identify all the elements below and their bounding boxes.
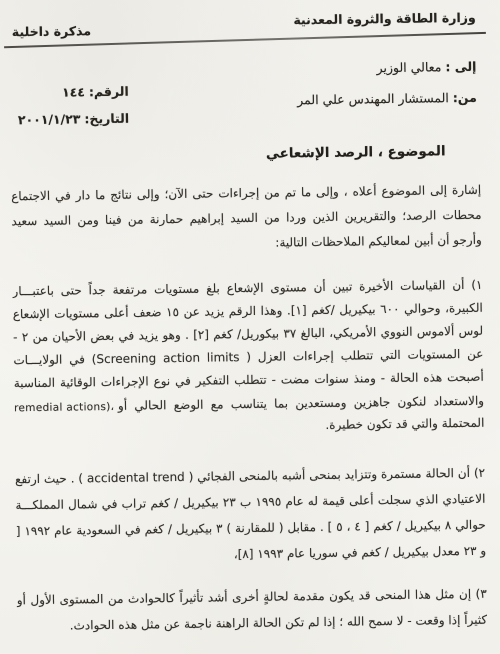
to-label: إلى : [445,59,476,74]
subject-label: الموضوع ، [378,143,446,160]
intro-paragraph: إشارة إلى الموضوع أعلاه ، وإلى ما تم من … [11,178,482,260]
memo-number-line: الرقم: ١٤٤ [62,84,129,100]
memo-date-value: ٢٠٠١/١/٢٣ [18,111,81,127]
memo-number-label: الرقم: [89,84,129,100]
to-value: معالي الوزير [376,59,441,75]
subject-line: الموضوع ، الرصد الإشعاعي [266,143,446,162]
memo-type-label: مذكرة داخلية [12,23,91,39]
memo-page: وزارة الطاقة والثروة المعدنية مذكرة داخل… [0,0,500,654]
memo-number-value: ١٤٤ [62,84,85,99]
subject-value: الرصد الإشعاعي [266,144,373,161]
from-value: المستشار المهندس علي المر [297,90,449,107]
latin-term: remedial actions)، [14,394,114,418]
memo-body: إشارة إلى الموضوع أعلاه ، وإلى ما تم من … [11,178,487,640]
ministry-title: وزارة الطاقة والثروة المعدنية [293,10,475,28]
page-content: وزارة الطاقة والثروة المعدنية مذكرة داخل… [0,0,500,654]
point-2-paragraph: ٢) أن الحالة مستمرة وتتزايد بمنحى أشبه ب… [15,460,486,571]
point-3-paragraph: ٣) إن مثل هذا المنحى قد يكون مقدمة لحالة… [17,581,488,640]
to-line: إلى : معالي الوزير [376,59,476,75]
from-label: من: [453,90,477,105]
memo-date-line: التاريخ: ٢٠٠١/١/٢٣ [18,111,129,128]
point-3-paragraph-line-2: كثيراً إذا وقعت - لا سمح الله ؛ إذا لم ت… [17,607,487,640]
point-1-paragraph: ١) أن القياسات الأخيرة تبين أن مستوى الإ… [12,274,484,442]
memo-date-label: التاريخ: [84,111,129,127]
from-line: من: المستشار المهندس علي المر [297,90,477,108]
